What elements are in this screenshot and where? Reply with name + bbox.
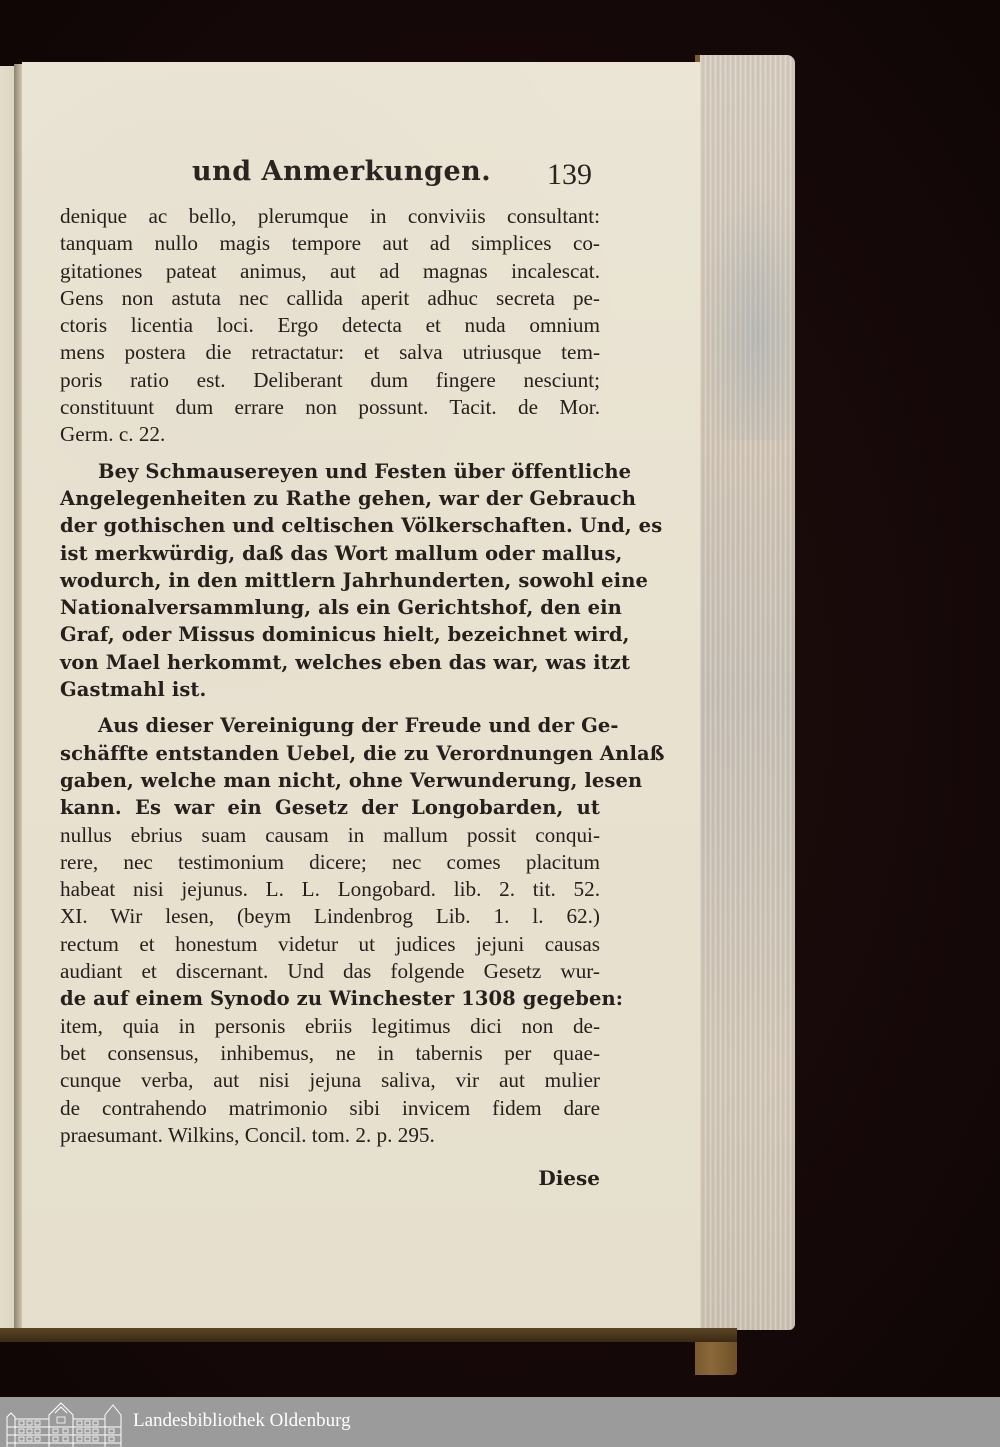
text-line: rere, nec testimonium dicere; nec comes …: [60, 849, 600, 876]
text-line: schäffte entstanden Uebel, die zu Verord…: [60, 740, 600, 767]
library-footer: Landesbibliothek Oldenburg: [0, 1397, 1000, 1447]
body-text: denique ac bello, plerumque in conviviis…: [60, 203, 600, 1192]
text-line: constituunt dum errare non possunt. Taci…: [60, 394, 600, 421]
text-line: ist merkwürdig, daß das Wort mallum oder…: [60, 540, 600, 567]
text-line: tanquam nullo magis tempore aut ad simpl…: [60, 230, 600, 257]
text-line: gitationes pateat animus, aut ad magnas …: [60, 258, 600, 285]
text-line: wodurch, in den mittlern Jahrhunderten, …: [60, 567, 600, 594]
text-line: Angelegenheiten zu Rathe gehen, war der …: [60, 485, 600, 512]
paragraph-gap: [60, 449, 600, 458]
library-building-icon: [5, 1401, 123, 1447]
text-line: ctoris licentia loci. Ergo detecta et nu…: [60, 312, 600, 339]
text-line: de contrahendo matrimonio sibi invicem f…: [60, 1095, 600, 1122]
text-line: Gens non astuta nec callida aperit adhuc…: [60, 285, 600, 312]
text-line: Graf, oder Missus dominicus hielt, bezei…: [60, 621, 600, 648]
text-line: rectum et honestum videtur ut judices je…: [60, 931, 600, 958]
text-line: mens postera die retractatur: et salva u…: [60, 339, 600, 366]
text-line: der gothischen und celtischen Völkerscha…: [60, 512, 600, 539]
book-gutter: [14, 64, 22, 1328]
text-line: Nationalversammlung, als ein Gerichtshof…: [60, 594, 600, 621]
text-line: cunque verba, aut nisi jejuna saliva, vi…: [60, 1067, 600, 1094]
running-title: und Anmerkungen.: [192, 156, 491, 187]
text-line: audiant et discernant. Und das folgende …: [60, 958, 600, 985]
library-name: Landesbibliothek Oldenburg: [133, 1410, 351, 1432]
text-line: Gastmahl ist.: [60, 676, 600, 703]
running-head: und Anmerkungen. 139: [192, 156, 592, 196]
text-line: bet consensus, inhibemus, ne in tabernis…: [60, 1040, 600, 1067]
text-line: de auf einem Synodo zu Winchester 1308 g…: [60, 985, 600, 1012]
text-line: gaben, welche man nicht, ohne Verwunderu…: [60, 767, 600, 794]
paragraph-gap: [60, 703, 600, 712]
page-number: 139: [547, 158, 592, 192]
text-line: Bey Schmausereyen und Festen über öffent…: [60, 458, 600, 485]
book-cover-bottom: [0, 1328, 737, 1342]
text-line: item, quia in personis ebriis legitimus …: [60, 1013, 600, 1040]
catchword: Diese: [60, 1165, 600, 1192]
text-line: kann. Es war ein Gesetz der Longobarden,…: [60, 794, 600, 821]
text-line: poris ratio est. Deliberant dum fingere …: [60, 367, 600, 394]
text-line: nullus ebrius suam causam in mallum poss…: [60, 822, 600, 849]
text-line: Aus dieser Vereinigung der Freude und de…: [60, 712, 600, 739]
text-line: Germ. c. 22.: [60, 421, 600, 448]
text-line: habeat nisi jejunus. L. L. Longobard. li…: [60, 876, 600, 903]
fore-edge-stain: [700, 180, 795, 440]
text-line: denique ac bello, plerumque in conviviis…: [60, 203, 600, 230]
text-line: von Mael herkommt, welches eben das war,…: [60, 649, 600, 676]
text-line: praesumant. Wilkins, Concil. tom. 2. p. …: [60, 1122, 600, 1149]
text-line: XI. Wir lesen, (beym Lindenbrog Lib. 1. …: [60, 903, 600, 930]
book-page: und Anmerkungen. 139 denique ac bello, p…: [22, 62, 700, 1328]
